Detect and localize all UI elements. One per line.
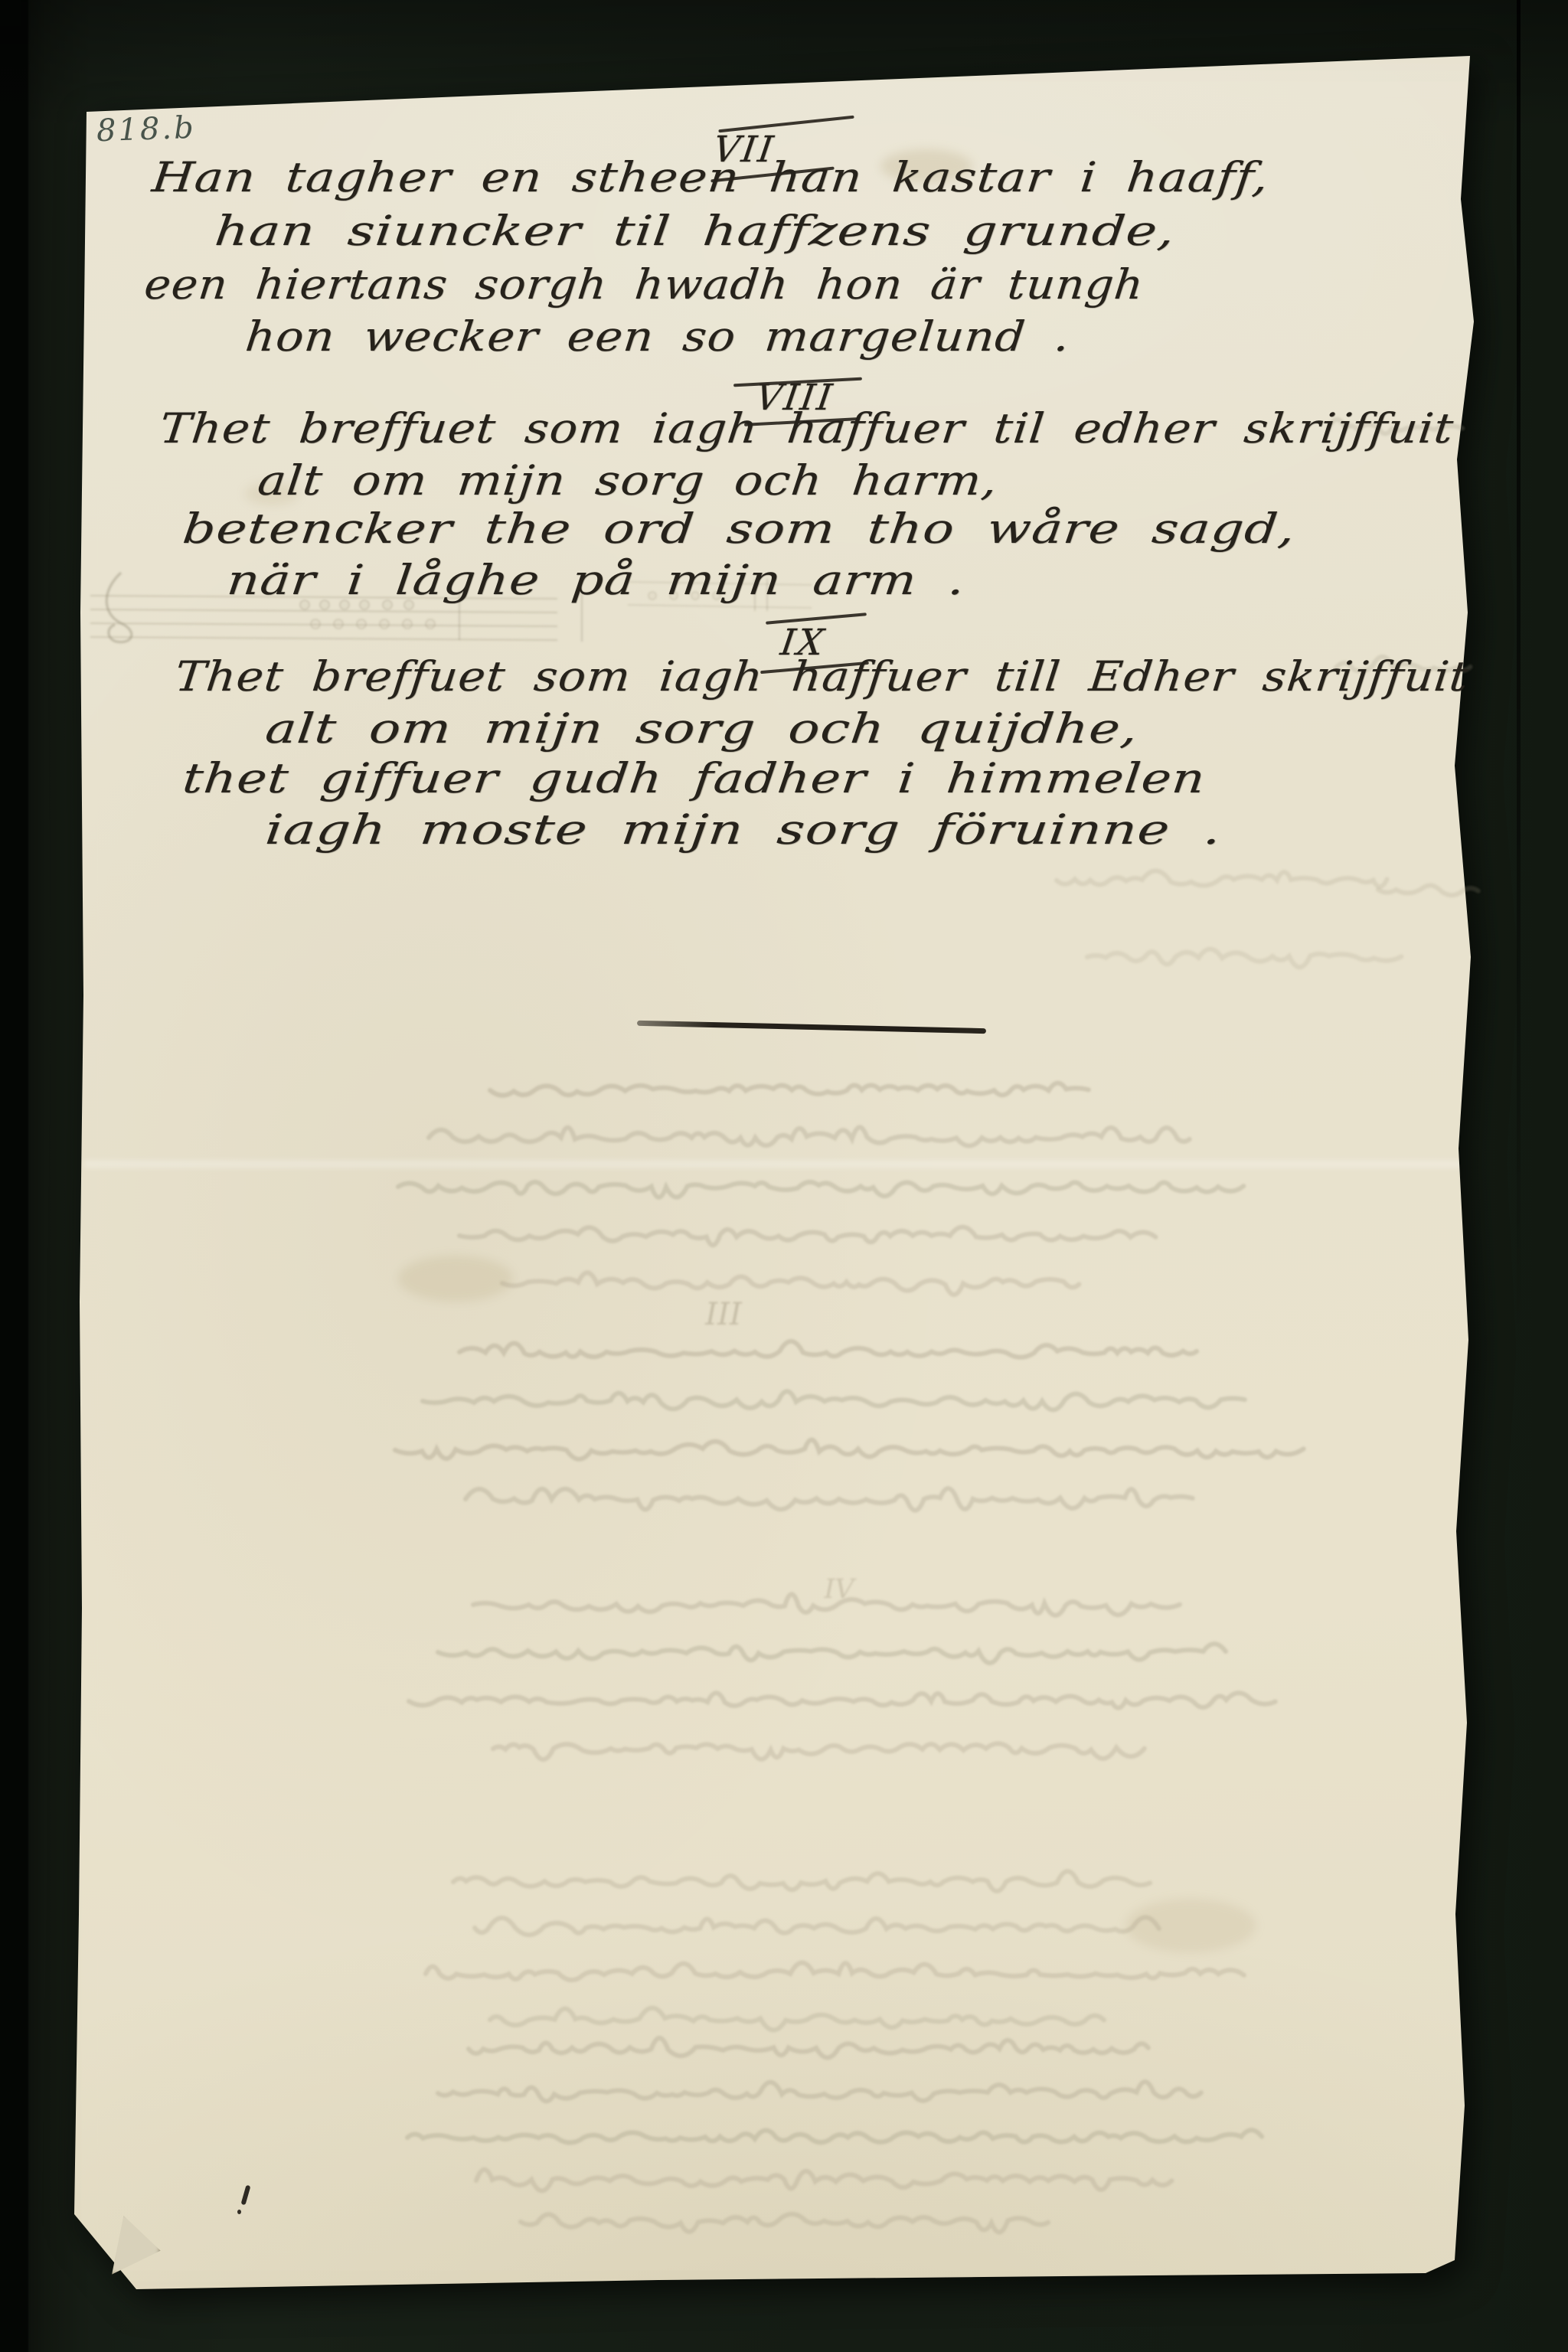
verse-line: Thet breffuet som iagh haffuer till Edhe… [173,656,1471,697]
ink-text-layer: 818.b VII Han tagher en stheen han kasta… [0,0,1568,2352]
verse-line: thet giffuer gudh fadher i himmelen [181,758,1207,799]
stray-ink-dot [237,2210,241,2214]
verse-line: alt om mijn sorg och harm, [256,460,1000,501]
verse-line: betencker the ord som tho wåre sagd, [181,508,1298,550]
stray-ink-mark [241,2185,251,2206]
manuscript-scan: III IV 818.b VII Han tagher en stheen ha… [0,0,1568,2352]
end-divider-rule [637,1021,986,1034]
verse-line: Thet breffuet som iagh haffuer til edher… [158,408,1455,449]
verse-line: iagh moste mijn sorg föruinne . [263,809,1224,851]
verse-line: Han tagher en stheen han kastar i haaff, [150,157,1271,198]
verse-line: hon wecker een so margelund . [243,316,1072,358]
verse-line: een hiertans sorgh hwadh hon är tungh [142,264,1146,305]
verse-line: han siuncker til haffzens grunde, [213,211,1178,252]
verse-line: alt om mijn sorg och quijdhe, [263,708,1140,750]
verse-line: när i låghe på mijn arm . [225,560,968,601]
heading-overline [718,116,854,133]
archival-number: 818.b [96,110,196,149]
